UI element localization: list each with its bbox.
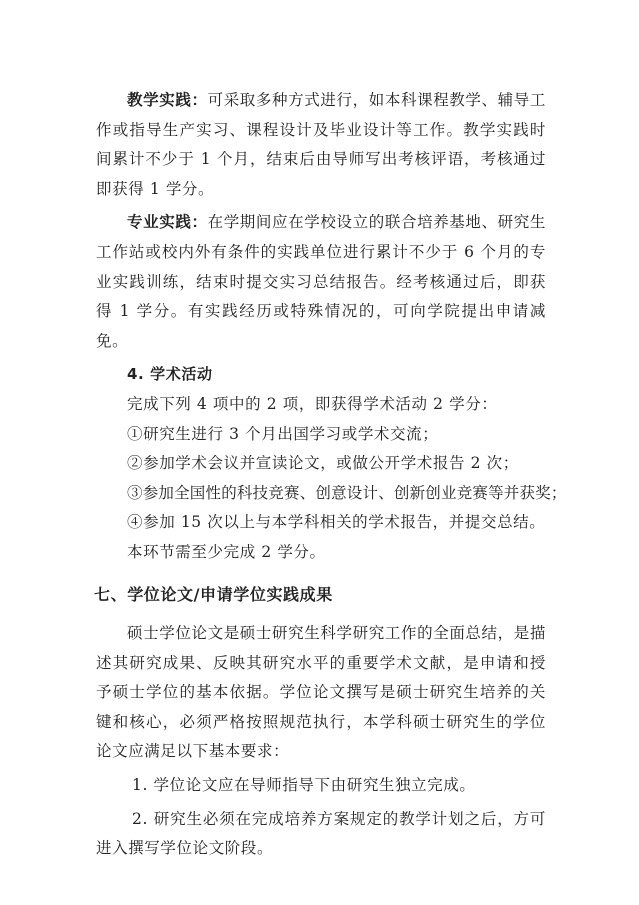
academic-activities-note: 本环节需至少完成 2 学分。	[127, 538, 546, 568]
teaching-practice-paragraph: 教学实践：可采取多种方式进行，如本科课程教学、辅导工作或指导生产实习、课程设计及…	[96, 86, 546, 204]
teaching-practice-label: 教学实践：	[127, 91, 208, 109]
professional-practice-text: 在学期间应在学校设立的联合培养基地、研究生工作站或校内外有条件的实践单位进行累计…	[96, 213, 546, 349]
document-page: 教学实践：可采取多种方式进行，如本科课程教学、辅导工作或指导生产实习、课程设计及…	[96, 86, 546, 864]
professional-practice-paragraph: 专业实践：在学期间应在学校设立的联合培养基地、研究生工作站或校内外有条件的实践单…	[96, 208, 546, 356]
academic-activity-item-1: ①研究生进行 3 个月出国学习或学术交流；	[127, 420, 546, 450]
academic-activities-heading: 4. 学术活动	[127, 360, 546, 390]
academic-activity-item-4: ④参加 15 次以上与本学科相关的学术报告，并提交总结。	[127, 508, 546, 538]
requirement-1: 1. 学位论文应在导师指导下由研究生独立完成。	[96, 771, 546, 801]
academic-activities-intro: 完成下列 4 项中的 2 项，即获得学术活动 2 学分：	[127, 390, 546, 420]
requirement-2: 2. 研究生必须在完成培养方案规定的教学计划之后，方可进入撰写学位论文阶段。	[96, 805, 546, 864]
academic-activity-item-2: ②参加学术会议并宣读论文，或做公开学术报告 2 次；	[127, 449, 546, 479]
section-seven-heading: 七、学位论文/申请学位实践成果	[94, 580, 546, 610]
professional-practice-label: 专业实践：	[127, 213, 208, 231]
section-seven-intro: 硕士学位论文是硕士研究生科学研究工作的全面总结，是描述其研究成果、反映其研究水平…	[96, 619, 546, 767]
academic-activity-item-3: ③参加全国性的科技竞赛、创意设计、创新创业竞赛等并获奖；	[127, 479, 546, 509]
